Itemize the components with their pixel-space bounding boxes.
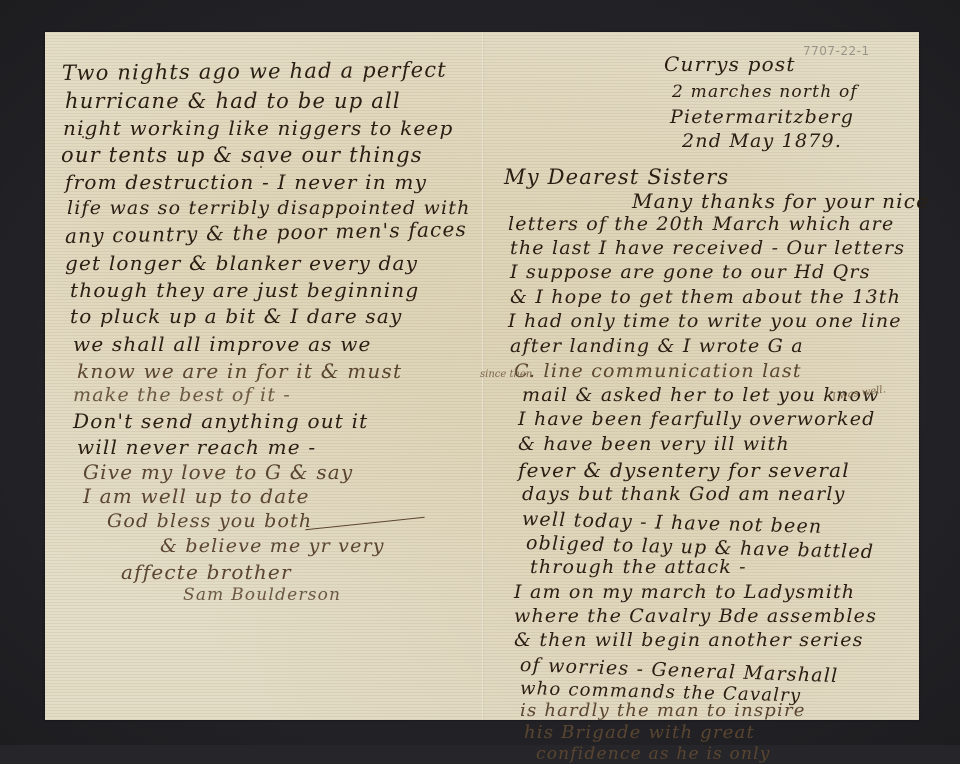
letter-line: mail & asked her to let you know (522, 384, 880, 406)
closing-line: affecte brother (121, 560, 292, 584)
letter-line: I had only time to write you one line (508, 310, 902, 332)
archive-reference: 7707-22-1 (803, 44, 870, 58)
letter-line: we shall all improve as we (73, 332, 372, 356)
letter-line: though they are just beginning (70, 278, 419, 302)
closing-line: God bless you both (107, 510, 312, 532)
letter-line: fever & dysentery for several (518, 458, 850, 482)
letter-line: night working like niggers to keep (63, 116, 453, 140)
letter-line: will never reach me - (77, 435, 316, 459)
letter-line: I am well up to date (83, 484, 310, 508)
letter-line: C. line communication last (514, 360, 802, 382)
letter-line: Many thanks for your nice (632, 189, 929, 213)
letter-line: the last I have received - Our letters (510, 237, 905, 259)
letter-line: letters of the 20th March which are (508, 213, 894, 235)
right-page: 7707-22-1 Currys post 2 marches north of… (484, 32, 919, 720)
letter-line: know we are in for it & must (77, 359, 402, 383)
letter-line: get longer & blanker every day (65, 251, 418, 275)
letter-line: I suppose are gone to our Hd Qrs (510, 261, 871, 283)
letter-line: days but thank God am nearly (522, 483, 846, 505)
letter-line: I am on my march to Ladysmith (514, 581, 855, 603)
letter-line: Two nights ago we had a perfect (62, 58, 447, 85)
header-place: Currys post (664, 52, 796, 76)
paper-speck (260, 166, 262, 168)
letter-line: & I hope to get them about the 13th (510, 286, 901, 308)
letter-line: any country & the poor men's faces (65, 217, 467, 248)
header-city: Pietermaritzberg (670, 106, 854, 128)
closing-line: & believe me yr very (160, 535, 385, 557)
margin-note: since then (480, 369, 532, 380)
letter-line: to pluck up a bit & I dare say (70, 304, 403, 328)
letter-line: from destruction - I never in my (65, 170, 427, 194)
letter-line: make the best of it - (73, 384, 291, 406)
letter-line: life was so terribly disappointed with (67, 197, 471, 219)
letter-line: is hardly the man to inspire (520, 700, 806, 721)
paper-speck (82, 136, 84, 138)
flourish-line (305, 517, 425, 532)
letter-line: hurricane & had to be up all (65, 89, 401, 113)
letter-line: & then will begin another series (514, 629, 864, 651)
signature: Sam Boulderson (183, 585, 341, 605)
letter-line: Give my love to G & say (83, 460, 353, 484)
header-location: 2 marches north of (672, 82, 858, 102)
letter-line: his Brigade with great (524, 722, 755, 743)
letter-line: our tents up & save our things (61, 143, 423, 167)
letter-line: after landing & I wrote G a (510, 335, 804, 357)
letter-line: Don't send anything out it (73, 409, 368, 433)
letter-line: where the Cavalry Bde assembles (514, 605, 877, 627)
letter-line: through the attack - (530, 556, 747, 578)
salutation: My Dearest Sisters (504, 165, 729, 189)
letter-line: I have been fearfully overworked (518, 408, 876, 430)
left-page: Two nights ago we had a perfect hurrican… (45, 32, 482, 720)
letter-line: & have been very ill with (518, 433, 790, 455)
header-date: 2nd May 1879. (682, 130, 842, 152)
